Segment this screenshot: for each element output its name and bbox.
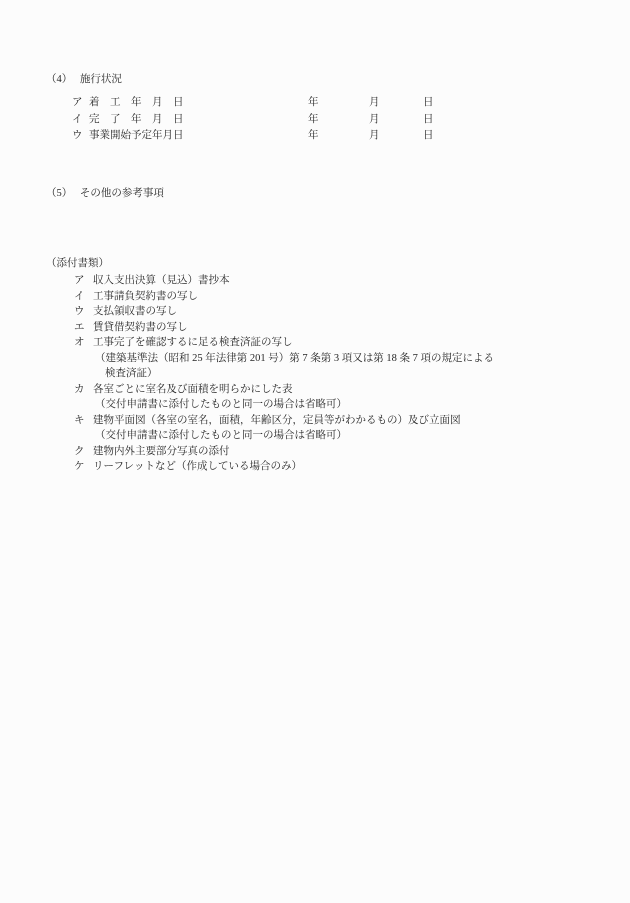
item-marker: キ xyxy=(74,413,85,429)
item-text: 賃貸借契約書の写し xyxy=(93,320,188,336)
item-marker: イ xyxy=(74,289,85,305)
row-marker: ウ xyxy=(72,128,83,145)
month-label: 月 xyxy=(369,128,380,145)
section5-heading: （5） その他の参考事項 xyxy=(46,185,164,200)
item-marker: ケ xyxy=(74,459,85,475)
section5-title: その他の参考事項 xyxy=(80,185,164,200)
day-label: 日 xyxy=(423,128,434,145)
month-label: 月 xyxy=(369,112,380,129)
row-marker: イ xyxy=(72,112,83,129)
item-text: 建物平面図（各室の室名，面積，年齢区分，定員等がわかるもの）及び立面図 xyxy=(93,413,461,429)
construction-status-rows: ア 着 工 年 月 日 年 月 日 イ 完 了 年 月 日 年 月 日 ウ 事業… xyxy=(0,95,630,145)
item-marker: オ xyxy=(74,335,85,351)
list-item-note: （建築基準法（昭和 25 年法律第 201 号）第 7 条第 3 項又は第 18… xyxy=(0,351,630,367)
section4-heading: （4） 施行状況 xyxy=(46,71,122,86)
item-text: 支払領収書の写し xyxy=(93,304,177,320)
item-text: 工事完了を確認するに足る検査済証の写し xyxy=(93,335,293,351)
row-marker: ア xyxy=(72,95,83,112)
day-label: 日 xyxy=(423,95,434,112)
list-item: キ 建物平面図（各室の室名，面積，年齢区分，定員等がわかるもの）及び立面図 xyxy=(0,413,630,429)
section4-title: 施行状況 xyxy=(80,71,122,86)
list-item: ク 建物内外主要部分写真の添付 xyxy=(0,444,630,460)
list-item-note: （交付申請書に添付したものと同一の場合は省略可） xyxy=(0,397,630,413)
item-note-text: （建築基準法（昭和 25 年法律第 201 号）第 7 条第 3 項又は第 18… xyxy=(95,351,494,367)
construction-complete-row: イ 完 了 年 月 日 年 月 日 xyxy=(0,112,630,129)
item-note-text: （交付申請書に添付したものと同一の場合は省略可） xyxy=(95,397,347,413)
item-text: 収入支出決算（見込）書抄本 xyxy=(93,273,230,289)
document-page: （4） 施行状況 ア 着 工 年 月 日 年 月 日 イ 完 了 年 月 日 年… xyxy=(0,0,630,903)
attachments-heading: （添付書類） xyxy=(46,255,109,270)
attachments-list: ア 収入支出決算（見込）書抄本 イ 工事請負契約書の写し ウ 支払領収書の写し … xyxy=(0,273,630,475)
list-item: エ 賃貸借契約書の写し xyxy=(0,320,630,336)
item-marker: ク xyxy=(74,444,85,460)
item-marker: ア xyxy=(74,273,85,289)
item-marker: ウ xyxy=(74,304,85,320)
section4-number: （4） xyxy=(46,71,72,86)
section5-number: （5） xyxy=(46,185,72,200)
list-item: ケ リーフレットなど（作成している場合のみ） xyxy=(0,459,630,475)
year-label: 年 xyxy=(308,95,319,112)
attachments-heading-label: （添付書類） xyxy=(46,258,109,269)
row-label: 完 了 年 月 日 xyxy=(89,112,184,129)
list-item: ウ 支払領収書の写し xyxy=(0,304,630,320)
item-text: リーフレットなど（作成している場合のみ） xyxy=(93,459,302,475)
construction-start-row: ア 着 工 年 月 日 年 月 日 xyxy=(0,95,630,112)
list-item: オ 工事完了を確認するに足る検査済証の写し xyxy=(0,335,630,351)
day-label: 日 xyxy=(423,112,434,129)
business-start-row: ウ 事業開始予定年月日 年 月 日 xyxy=(0,128,630,145)
list-item-note: （交付申請書に添付したものと同一の場合は省略可） xyxy=(0,428,630,444)
list-item: イ 工事請負契約書の写し xyxy=(0,289,630,305)
item-marker: カ xyxy=(74,382,85,398)
item-text: 工事請負契約書の写し xyxy=(93,289,198,305)
item-note-text: 検査済証） xyxy=(105,366,158,382)
month-label: 月 xyxy=(369,95,380,112)
list-item-note-continued: 検査済証） xyxy=(0,366,630,382)
item-text: 各室ごとに室名及び面積を明らかにした表 xyxy=(93,382,293,398)
year-label: 年 xyxy=(308,128,319,145)
row-label: 着 工 年 月 日 xyxy=(89,95,184,112)
year-label: 年 xyxy=(308,112,319,129)
item-note-text: （交付申請書に添付したものと同一の場合は省略可） xyxy=(95,428,347,444)
item-marker: エ xyxy=(74,320,85,336)
row-label: 事業開始予定年月日 xyxy=(89,128,184,145)
list-item: カ 各室ごとに室名及び面積を明らかにした表 xyxy=(0,382,630,398)
list-item: ア 収入支出決算（見込）書抄本 xyxy=(0,273,630,289)
item-text: 建物内外主要部分写真の添付 xyxy=(93,444,230,460)
